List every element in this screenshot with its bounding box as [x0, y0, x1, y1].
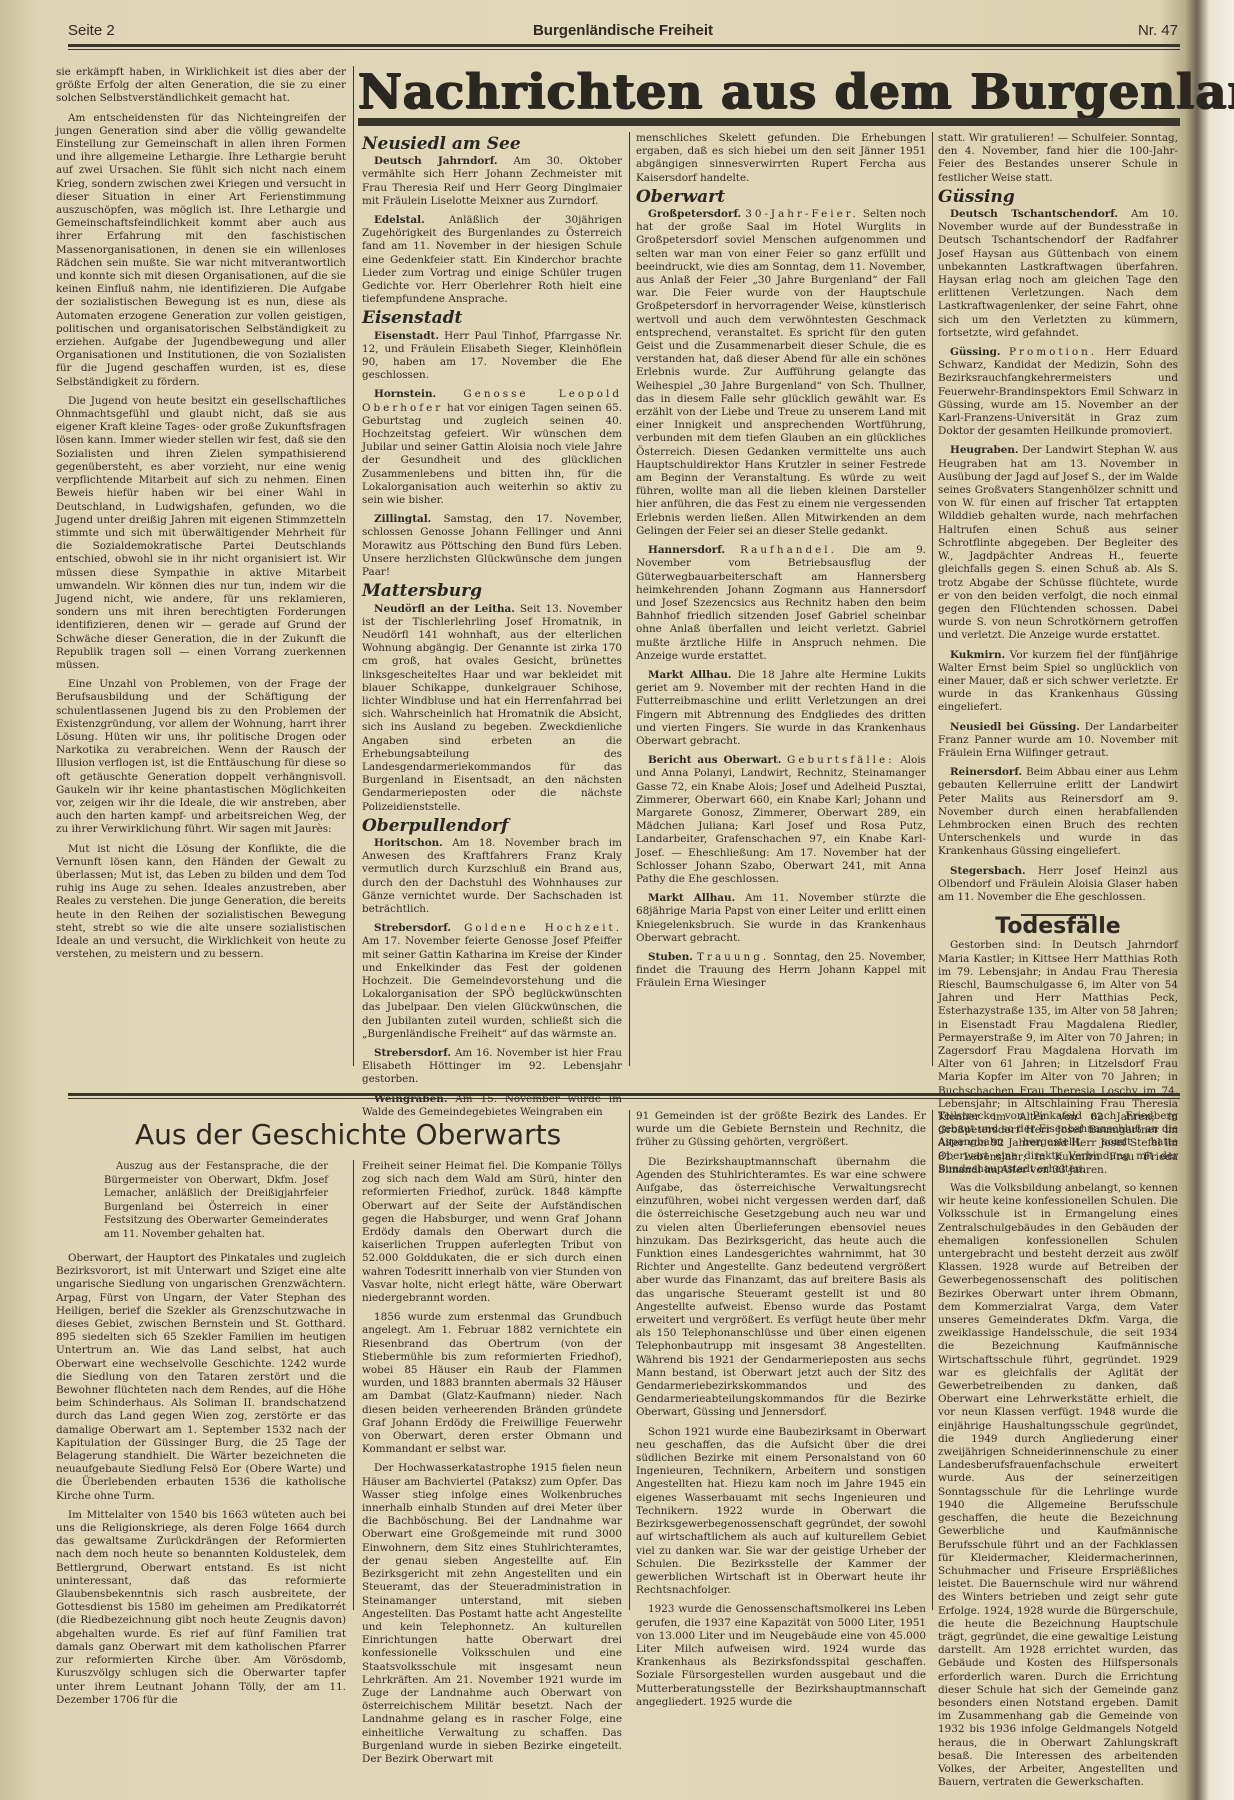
paragraph: Mut ist nicht die Lösung der Konflikte, … [56, 843, 346, 962]
news-item: Deutsch Jahrndorf. Am 30. Oktober vermäh… [362, 155, 622, 208]
section-heading: Oberpullendorf [362, 820, 622, 833]
issue-number: Nr. 47 [1138, 22, 1178, 39]
paragraph: 1923 wurde die Genossenschaftsmolkerei i… [636, 1603, 926, 1709]
paragraph: Im Mittelalter von 1540 bis 1663 wüteten… [56, 1509, 346, 1707]
place-name: Deutsch Jahrndorf. [374, 155, 498, 167]
item-topic: Promotion. [1009, 346, 1097, 358]
place-name: Strebersdorf. [374, 922, 451, 934]
news-item: Güssing. Promotion. Herr Eduard Schwarz,… [938, 346, 1178, 438]
section-heading: Eisenstadt [362, 312, 622, 325]
column-divider [932, 132, 933, 1066]
place-name: Neudörfl an der Leitha. [374, 603, 515, 615]
news-item: Großpetersdorf. 30-Jahr-Feier. Selten no… [636, 208, 926, 538]
intro-text: Auszug aus der Festansprache, die der Bü… [104, 1160, 328, 1242]
article-column-1: Oberwart, der Hauptort des Pinkatales un… [56, 1252, 346, 1713]
place-name: Heugraben. [950, 444, 1019, 456]
newspaper-page: Seite 2 Burgenländische Freiheit Nr. 47 … [0, 0, 1234, 1800]
column-divider [353, 1160, 354, 1610]
article-column-3: 91 Gemeinden ist der größte Bezirk des L… [636, 1110, 926, 1715]
item-text: hat vor einigen Tagen seinen 65. Geburts… [362, 402, 622, 506]
news-item: Hornstein. Genosse Leopold Oberhofer hat… [362, 388, 622, 507]
place-name: Güssing. [950, 346, 1001, 358]
column-regional-news-3: statt. Wir gratulieren! — Schulfeier. So… [938, 132, 1178, 1183]
place-name: Edelstal. [374, 214, 425, 226]
column-divider [932, 1110, 933, 1610]
item-text: Selten noch hat der große Saal im Hotel … [636, 208, 926, 537]
item-topic: Goldene Hochzeit. [464, 922, 622, 934]
place-name: Deutsch Tschantschendorf. [950, 208, 1118, 220]
column-divider [353, 66, 354, 1066]
news-item: Markt Allhau. Die 18 Jahre alte Hermine … [636, 669, 926, 748]
paragraph: Teilstrecke von Pinkafeld nach Friedberg… [938, 1110, 1178, 1176]
paragraph: 91 Gemeinden ist der größte Bezirk des L… [636, 1110, 926, 1150]
place-name: Neusiedl bei Güssing. [950, 721, 1080, 733]
item-text: Alois und Anna Polanyi, Landwirt, Rechni… [636, 754, 926, 885]
news-item: Zillingtal. Samstag, den 17. November, s… [362, 513, 622, 579]
lead-paragraph: statt. Wir gratulieren! — Schulfeier. So… [938, 132, 1178, 185]
place-name: Zillingtal. [374, 513, 431, 525]
article-intro: Auszug aus der Festansprache, die der Bü… [104, 1160, 328, 1248]
item-topic: Trauung. [697, 951, 769, 963]
news-item: Markt Allhau. Am 11. November stürzte di… [636, 892, 926, 945]
item-text: Seit 13. November ist der Tischlerlehrli… [362, 603, 622, 813]
news-item: Reinersdorf. Beim Abbau einer aus Lehm g… [938, 766, 1178, 858]
place-name: Hornstein. [374, 388, 436, 400]
newspaper-title: Burgenländische Freiheit [68, 22, 1178, 39]
item-text: Beim Abbau einer aus Lehm gebauten Kelle… [938, 766, 1178, 857]
place-name: Markt Allhau. [648, 669, 732, 681]
news-item: Deutsch Tschantschendorf. Am 10. Novembe… [938, 208, 1178, 340]
news-item: Horitschon. Am 18. November brach im Anw… [362, 837, 622, 916]
place-name: Reinersdorf. [950, 766, 1022, 778]
paragraph: Oberwart, der Hauptort des Pinkatales un… [56, 1252, 346, 1503]
news-item: Stuben. Trauung. Sonntag, den 25. Novemb… [636, 951, 926, 991]
place-name: Kukmirn. [950, 649, 1005, 661]
news-item: Hannersdorf. Raufhandel. Die am 9. Novem… [636, 544, 926, 663]
item-topic: Geburtsfälle: [787, 754, 895, 766]
paragraph: 1856 wurde zum erstenmal das Grundbuch a… [362, 1311, 622, 1456]
banner-rule [358, 118, 1180, 126]
paragraph: Freiheit seiner Heimat fiel. Die Kompani… [362, 1160, 622, 1305]
news-item: Bericht aus Oberwart. Geburtsfälle: Aloi… [636, 754, 926, 886]
paragraph: Die Bezirkshauptmannschaft übernahm die … [636, 1156, 926, 1420]
paragraph: Schon 1921 wurde eine Baubezirksamt in O… [636, 1426, 926, 1598]
section-heading: Mattersburg [362, 585, 622, 598]
paragraph: Was die Volksbildung anbelangt, so kenne… [938, 1182, 1178, 1789]
place-name: Stegersbach. [950, 865, 1026, 877]
place-name: Hannersdorf. [648, 544, 725, 556]
news-item: Strebersdorf. Am 16. November ist hier F… [362, 1047, 622, 1087]
news-item: Strebersdorf. Goldene Hochzeit. Am 17. N… [362, 922, 622, 1041]
section-heading: Güssing [938, 191, 1178, 204]
item-topic: Raufhandel. [740, 544, 837, 556]
item-text: Herr Eduard Schwarz, Kandidat der Medizi… [938, 346, 1178, 437]
column-regional-news-2: menschliches Skelett gefunden. Die Erheb… [636, 132, 926, 997]
place-name: Bericht aus Oberwart. [648, 754, 781, 766]
paragraph: sie erkämpft haben, in Wirklichkeit ist … [56, 66, 346, 106]
place-name: Stuben. [648, 951, 693, 963]
place-name: Markt Allhau. [648, 892, 735, 904]
item-text: Am 10. November wurde auf der Bundesstra… [938, 208, 1178, 339]
section-heading: Neusiedl am See [362, 138, 622, 151]
article-column-2: Freiheit seiner Heimat fiel. Die Kompani… [362, 1160, 622, 1772]
item-text: Anläßlich der 30jährigen Zugehörigkeit d… [362, 214, 622, 305]
lead-paragraph: menschliches Skelett gefunden. Die Erheb… [636, 132, 926, 185]
article-title: Aus der Geschichte Oberwarts [135, 1118, 655, 1151]
item-text: Am 17. November feierte Genosse Josef Pf… [362, 935, 622, 1039]
page-header: Seite 2 Burgenländische Freiheit Nr. 47 [68, 22, 1178, 42]
news-item: Neusiedl bei Güssing. Der Landarbeiter F… [938, 721, 1178, 761]
news-item: Neudörfl an der Leitha. Seit 13. Novembe… [362, 603, 622, 814]
news-item: Stegersbach. Herr Josef Heinzl aus Olben… [938, 865, 1178, 905]
paragraph: Eine Unzahl von Problemen, von der Frage… [56, 678, 346, 836]
news-item: Kukmirn. Vor kurzem fiel der fünfjährige… [938, 649, 1178, 715]
column-regional-news-1: Neusiedl am SeeDeutsch Jahrndorf. Am 30.… [362, 132, 622, 1125]
place-name: Großpetersdorf. [648, 208, 741, 220]
paragraph: Der Hochwasserkatastrophe 1915 fielen ne… [362, 1462, 622, 1766]
news-item: Eisenstadt. Herr Paul Tinhof, Pfarrgasse… [362, 330, 622, 383]
item-text: Der Landwirt Stephan W. aus Heugraben ha… [938, 444, 1178, 641]
place-name: Horitschon. [374, 837, 443, 849]
section-heading: Oberwart [636, 191, 926, 204]
article-column-4: Teilstrecke von Pinkafeld nach Friedberg… [938, 1110, 1178, 1795]
item-topic: 30-Jahr-Feier. [745, 208, 859, 220]
column-divider [629, 1110, 630, 1610]
header-rule [68, 44, 1180, 50]
section-rule [68, 1093, 1180, 1099]
paragraph: Die Jugend von heute besitzt ein gesells… [56, 395, 346, 672]
column-editorial: sie erkämpft haben, in Wirklichkeit ist … [56, 66, 346, 967]
paragraph: Am entscheidensten für das Nichteingreif… [56, 112, 346, 389]
item-text: Die am 9. November vom Betriebsausflug d… [636, 544, 926, 662]
news-item: Heugraben. Der Landwirt Stephan W. aus H… [938, 444, 1178, 642]
news-item: Edelstal. Anläßlich der 30jährigen Zugeh… [362, 214, 622, 306]
section-banner: Nachrichten aus dem Burgenland [358, 66, 1180, 118]
place-name: Strebersdorf. [374, 1047, 451, 1059]
place-name: Eisenstadt. [374, 330, 439, 342]
column-divider [629, 132, 630, 1066]
obituaries-heading: Todesfälle [938, 920, 1178, 933]
